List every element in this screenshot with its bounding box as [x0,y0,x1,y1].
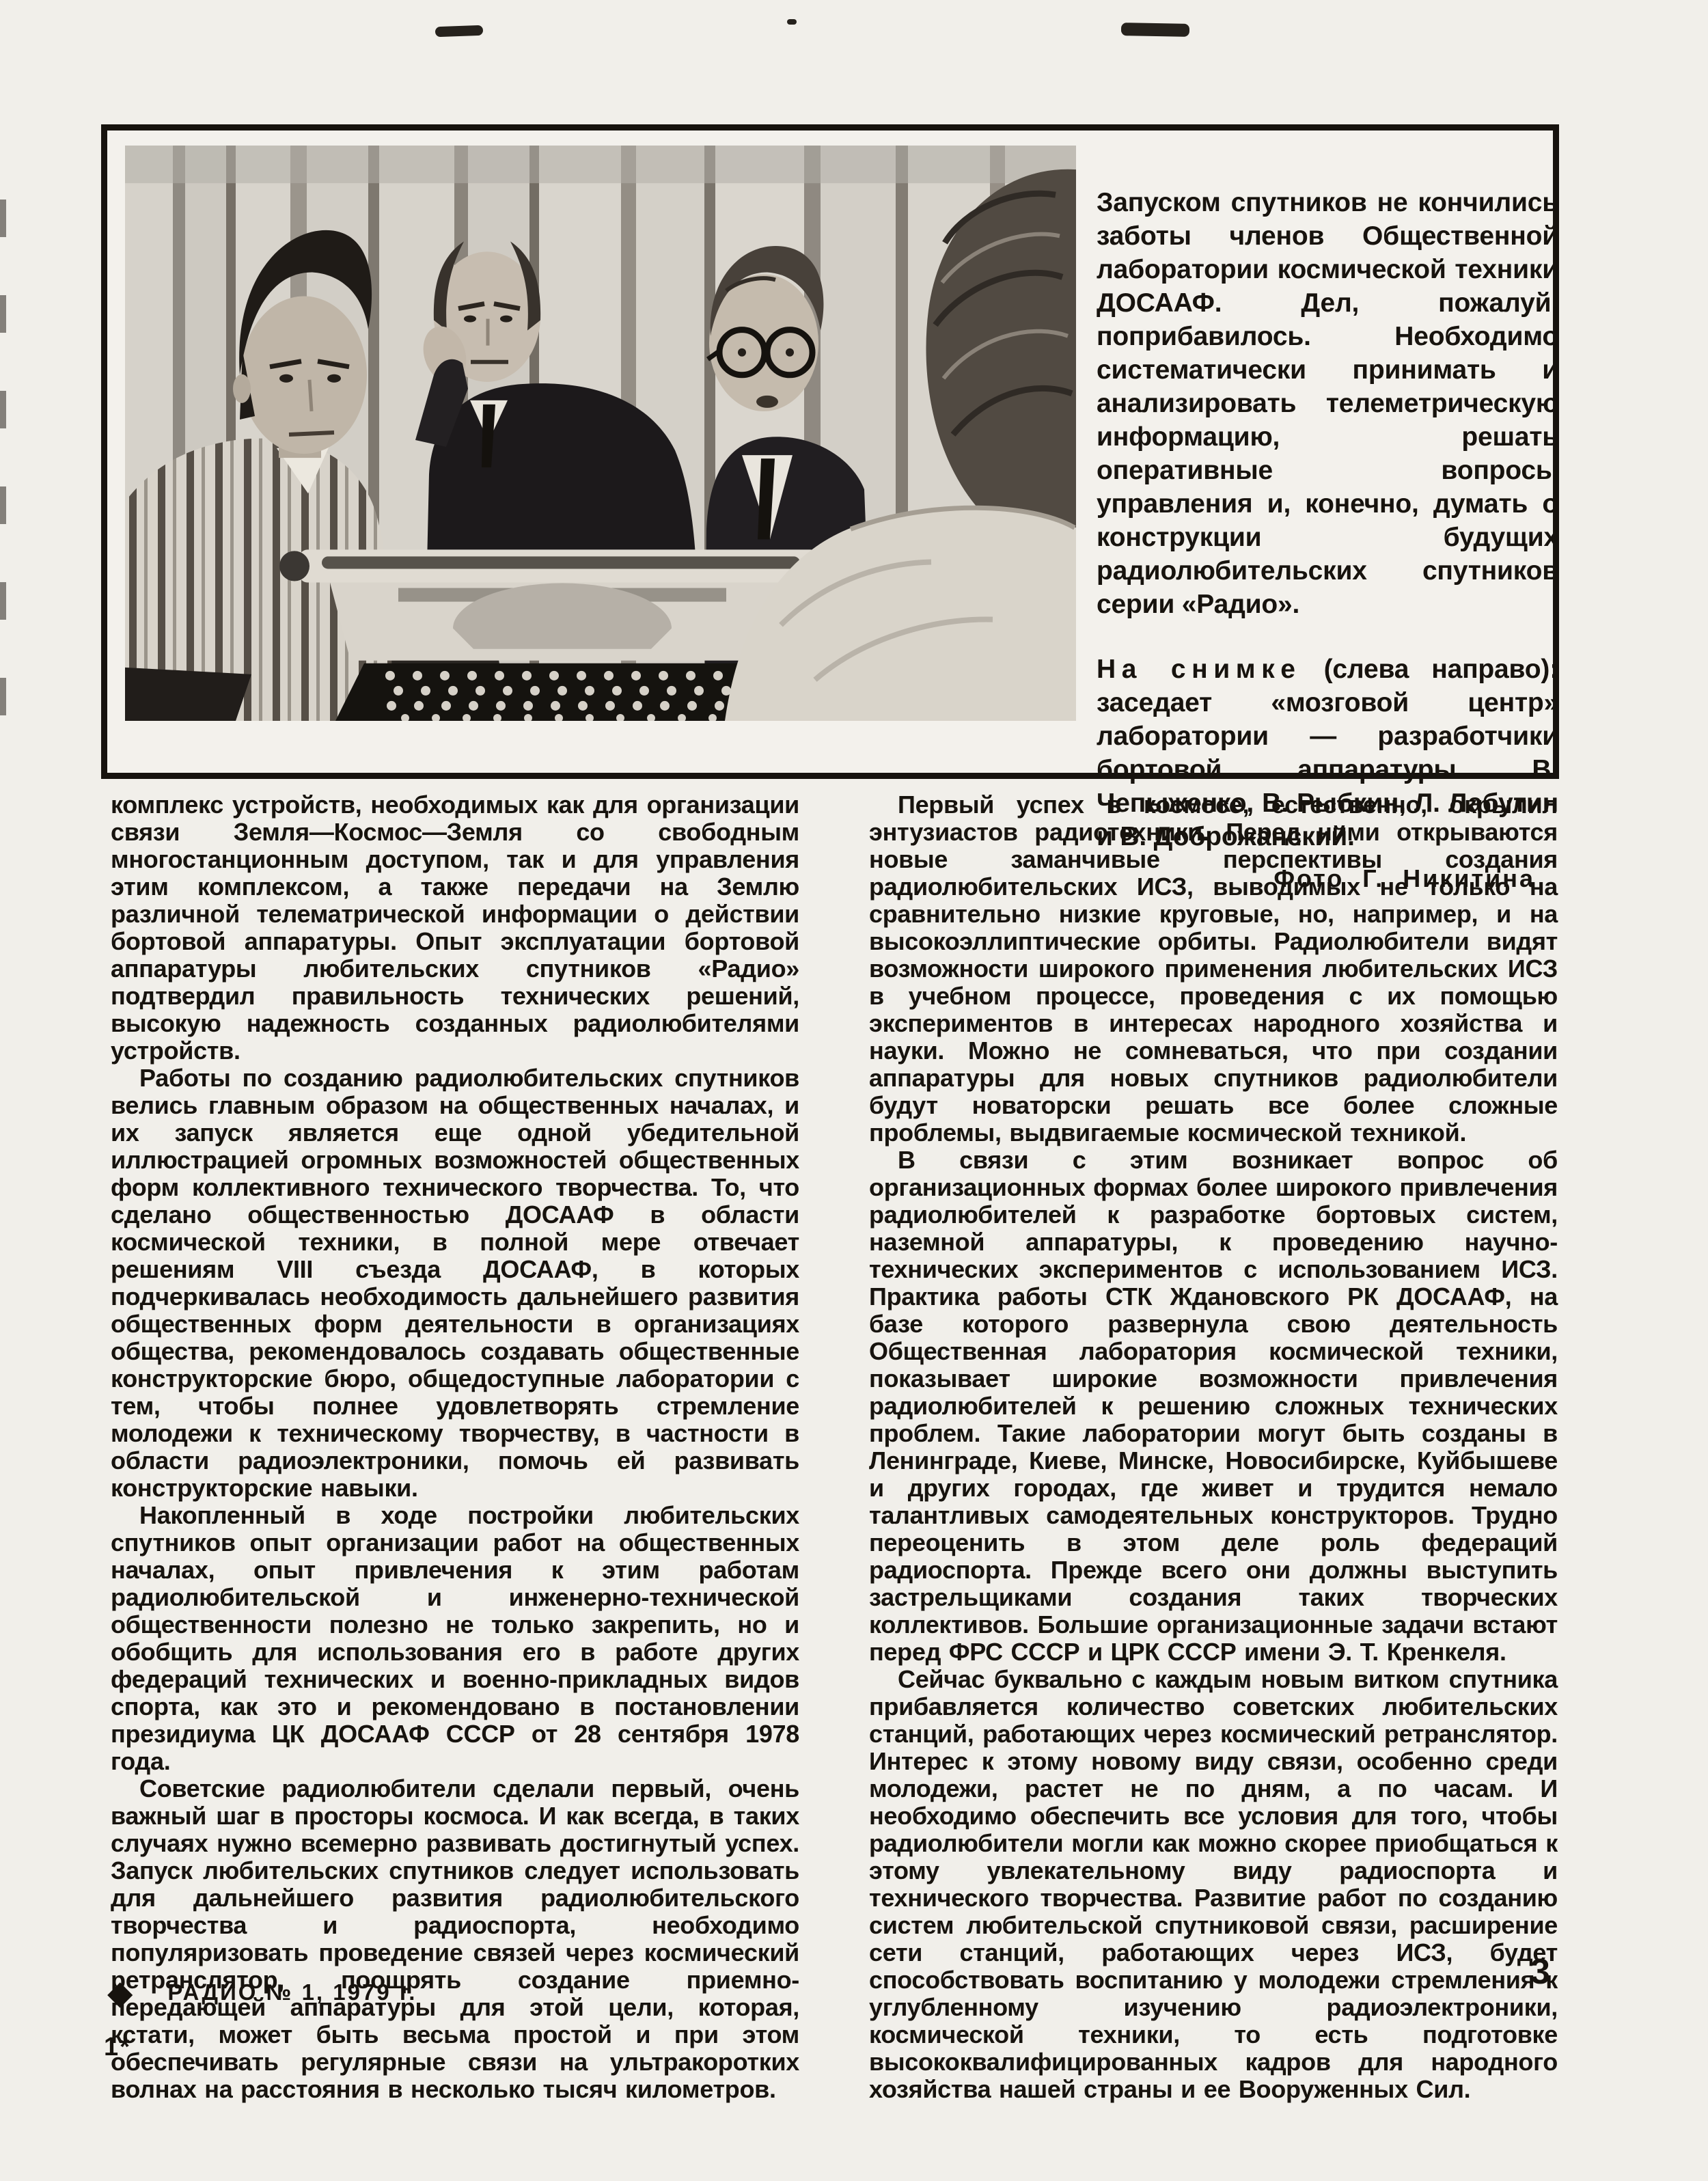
scan-artifact [435,25,483,37]
photo-men-at-table [125,146,1076,721]
scan-edge-artifact [0,200,6,726]
right-paragraph-1: Первый успех в космосе, естественно, окр… [869,791,1558,1147]
left-paragraph-2: Работы по созданию радиолюбительских спу… [111,1065,799,1502]
scan-artifact [1121,23,1189,37]
footnote-mark: 1* [104,2033,131,2062]
article-right-column: Первый успех в космосе, естественно, окр… [869,791,1558,2103]
photo-illustration [125,146,1076,721]
magazine-page: Запуском спутников не кончились заботы ч… [0,0,1708,2181]
left-paragraph-3: Накопленный в ходе постройки любительски… [111,1502,799,1775]
footer-journal-line: ◆ РАДИО № 1, 1979 г. [108,1977,417,2008]
diamond-icon: ◆ [108,1977,132,2008]
right-paragraph-2: В связи с этим возникает вопрос об орган… [869,1147,1558,1666]
photo-caption: Запуском спутников не кончились заботы ч… [1097,186,1558,893]
scan-artifact [787,19,797,25]
left-paragraph-4: Советские радиолюбители сделали первый, … [111,1775,799,2103]
right-paragraph-3: Сейчас буквально с каждым новым витком с… [869,1666,1558,2103]
left-paragraph-1: комплекс устройств, необходимых как для … [111,791,799,1065]
article-left-column: комплекс устройств, необходимых как для … [111,791,799,2103]
journal-issue-label: РАДИО № 1, 1979 г. [167,1979,417,2005]
caption-lead: На снимке [1097,655,1301,684]
caption-paragraph-1: Запуском спутников не кончились заботы ч… [1097,186,1558,621]
page-number: 3 [1530,1951,1550,1992]
